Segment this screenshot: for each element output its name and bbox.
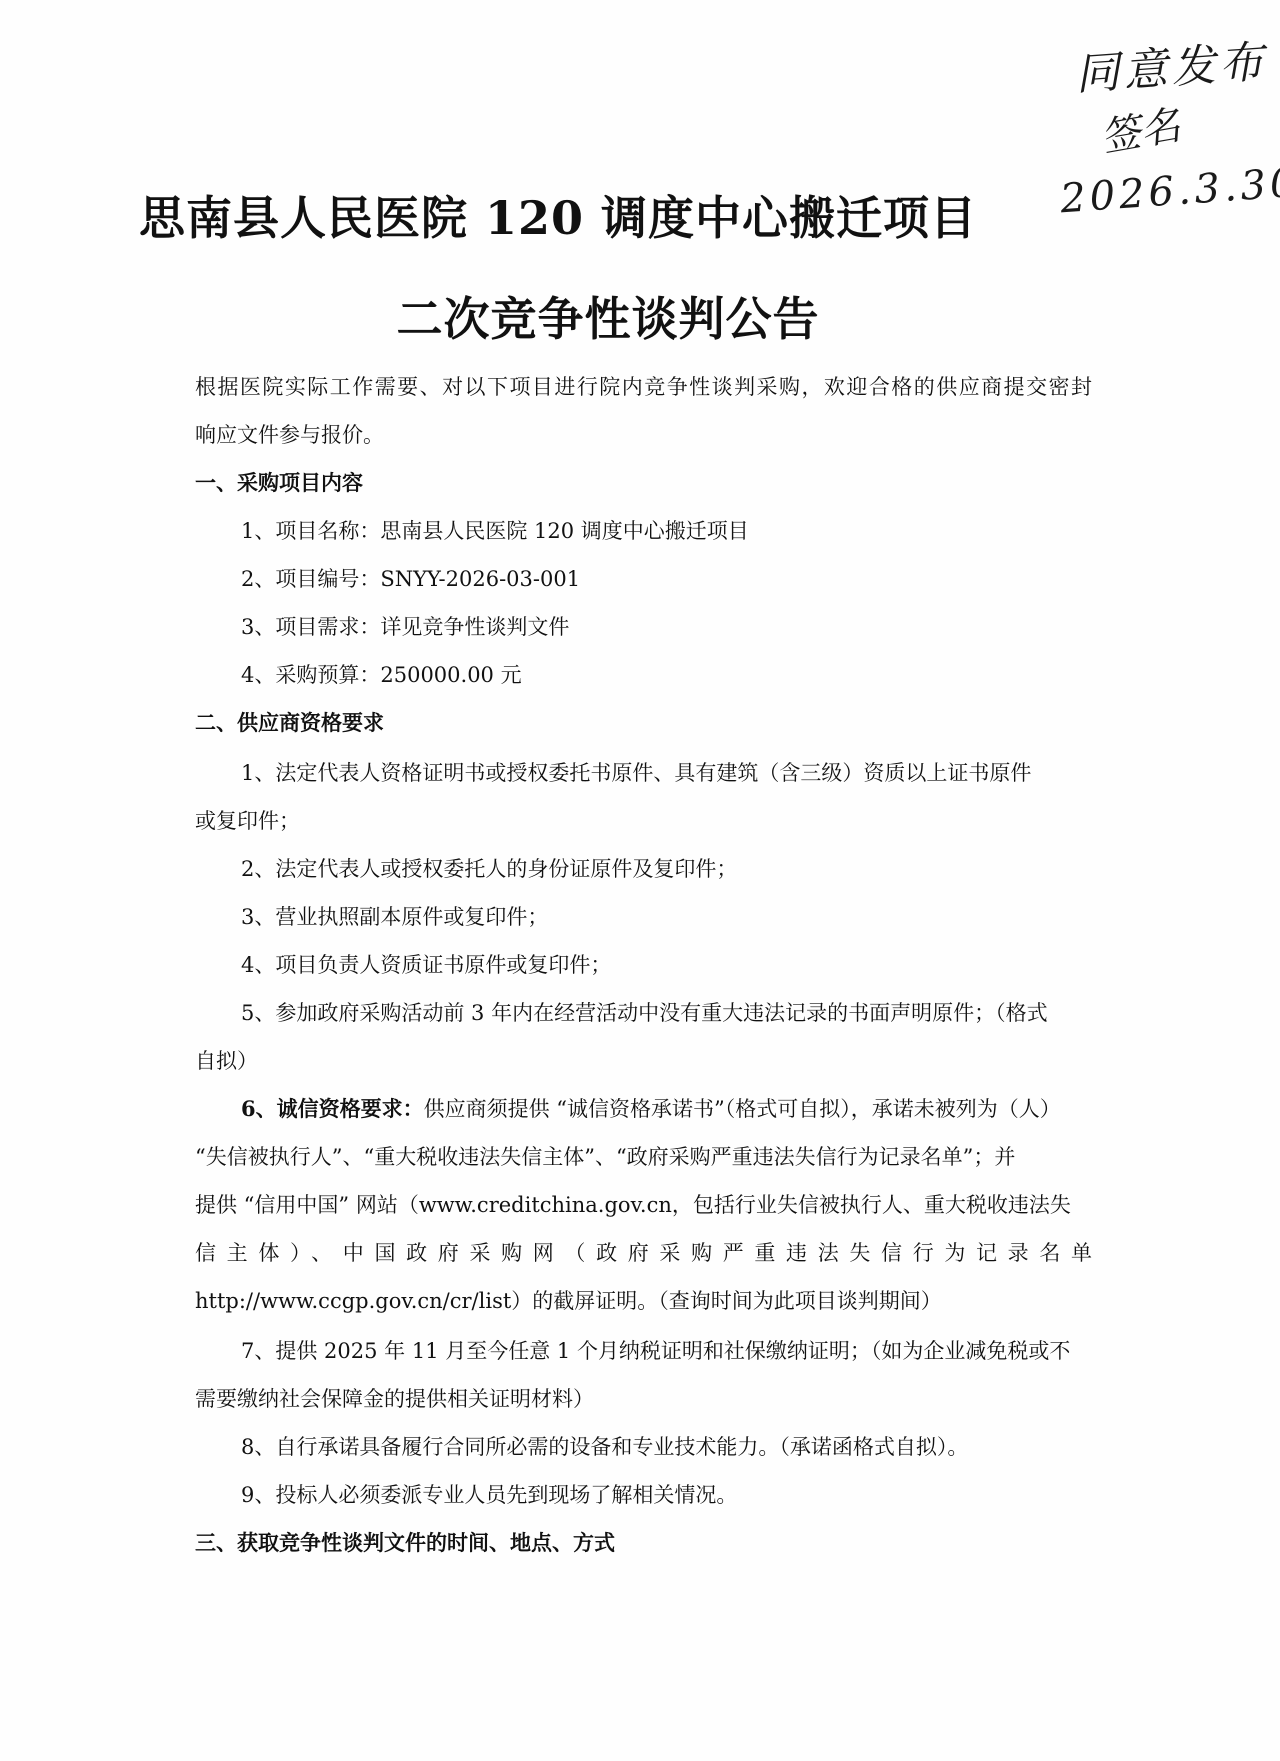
section2-item2: 2、法定代表人或授权委托人的身份证原件及复印件； xyxy=(241,854,737,884)
item6-line1-text: 供应商须提供 “诚信资格承诺书”（格式可自拟），承诺未被列为（人） xyxy=(424,1097,1061,1121)
item6-label: 6、诚信资格要求： xyxy=(241,1096,424,1121)
section1-item3: 3、项目需求：详见竞争性谈判文件 xyxy=(241,612,569,642)
section2-item3: 3、营业执照副本原件或复印件； xyxy=(241,902,548,932)
section2-item8: 8、自行承诺具备履行合同所必需的设备和专业技术能力。（承诺函格式自拟）。 xyxy=(241,1432,968,1462)
section2-item1-line2: 或复印件； xyxy=(195,806,300,836)
section2-heading: 二、供应商资格要求 xyxy=(195,708,384,738)
section2-item6-line2: “失信被执行人”、“重大税收违法失信主体”、“政府采购严重违法失信行为记录名单”… xyxy=(195,1142,1015,1172)
section1-item2: 2、项目编号：SNYY-2026-03-001 xyxy=(241,564,580,594)
section2-item6-line4: 信主体）、中国政府采购网（政府采购严重违法失信行为记录名单 xyxy=(195,1238,1092,1268)
section1-heading: 一、采购项目内容 xyxy=(195,468,363,498)
intro-line1: 根据医院实际工作需要、对以下项目进行院内竞争性谈判采购，欢迎合格的供应商提交密封 xyxy=(195,372,1092,402)
handwritten-approval: 同意发布 xyxy=(1073,25,1269,102)
handwritten-signature: 签名 xyxy=(1096,93,1185,163)
section1-item1: 1、项目名称：思南县人民医院 120 调度中心搬迁项目 xyxy=(241,516,749,546)
section1-item4: 4、采购预算：250000.00 元 xyxy=(241,660,522,690)
intro-line2: 响应文件参与报价。 xyxy=(195,420,384,450)
section2-item6-line3: 提供 “信用中国” 网站（www.creditchina.gov.cn，包括行业… xyxy=(195,1190,1071,1220)
section2-item5-line2: 自拟） xyxy=(195,1046,258,1076)
section2-item7-line2: 需要缴纳社会保障金的提供相关证明材料） xyxy=(195,1384,594,1414)
section2-item5-line1: 5、参加政府采购活动前 3 年内在经营活动中没有重大违法记录的书面声明原件；（格… xyxy=(241,998,1048,1028)
section2-item1-line1: 1、法定代表人资格证明书或授权委托书原件、具有建筑（含三级）资质以上证书原件 xyxy=(241,758,1031,788)
section2-item7-line1: 7、提供 2025 年 11 月至今任意 1 个月纳税证明和社保缴纳证明；（如为… xyxy=(241,1336,1070,1366)
section2-item4: 4、项目负责人资质证书原件或复印件； xyxy=(241,950,611,980)
section2-item9: 9、投标人必须委派专业人员先到现场了解相关情况。 xyxy=(241,1480,737,1510)
section3-heading: 三、获取竞争性谈判文件的时间、地点、方式 xyxy=(195,1528,615,1558)
section2-item6-line5: http://www.ccgp.gov.cn/cr/list）的截屏证明。（查询… xyxy=(195,1286,942,1316)
document-title-line2: 二次竞争性谈判公告 xyxy=(0,283,1248,349)
document-title-line1: 思南县人民医院 120 调度中心搬迁项目 xyxy=(0,182,1198,248)
document-page: 同意发布 签名 2026.3.30 思南县人民医院 120 调度中心搬迁项目 二… xyxy=(0,0,1280,1761)
section2-item6-line1: 6、诚信资格要求：供应商须提供 “诚信资格承诺书”（格式可自拟），承诺未被列为（… xyxy=(241,1094,1061,1124)
